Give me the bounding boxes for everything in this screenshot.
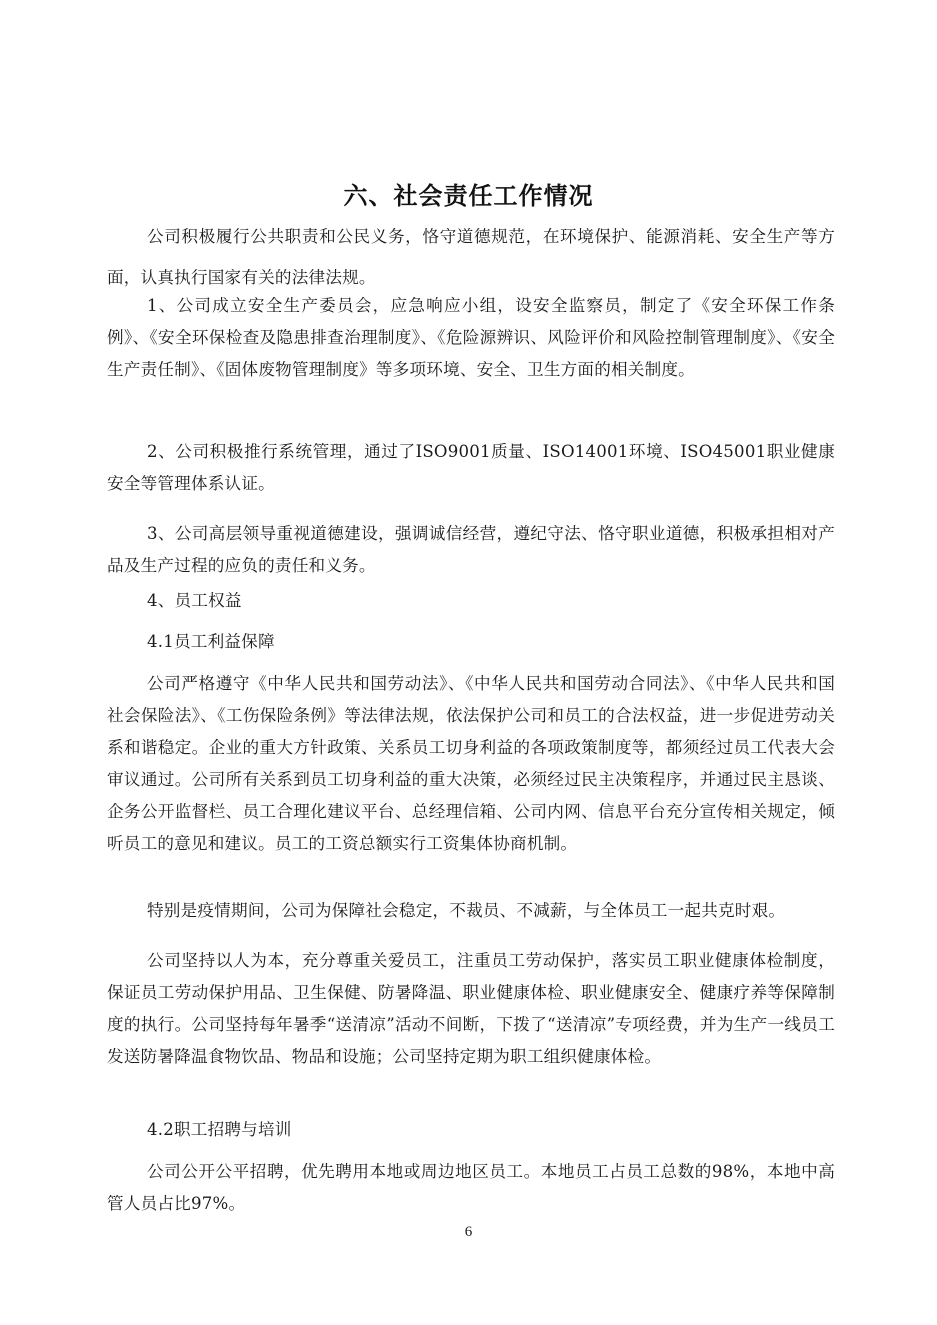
- employee-rights-heading: 4、员工权益: [107, 585, 835, 617]
- pandemic-paragraph: 特别是疫情期间，公司为保障社会稳定，不裁员、不减薪，与全体员工一起共克时艰。: [107, 895, 835, 927]
- recruitment-paragraph: 公司公开公平招聘，优先聘用本地或周边地区员工。本地员工占员工总数的98%，本地中…: [107, 1156, 835, 1220]
- employee-care-paragraph: 公司坚持以人为本，充分尊重关爱员工，注重员工劳动保护，落实员工职业健康体检制度，…: [107, 945, 835, 1073]
- section-title: 六、社会责任工作情况: [0, 179, 937, 213]
- iso-certification-paragraph: 2、公司积极推行系统管理，通过了ISO9001质量、ISO14001环境、ISO…: [107, 436, 835, 500]
- labor-law-paragraph: 公司严格遵守《中华人民共和国劳动法》、《中华人民共和国劳动合同法》、《中华人民共…: [107, 668, 835, 860]
- page-number: 6: [0, 1222, 937, 1242]
- employee-benefits-subheading: 4.1员工利益保障: [107, 626, 835, 658]
- document-page: 六、社会责任工作情况 公司积极履行公共职责和公民义务，恪守道德规范，在环境保护、…: [0, 0, 937, 1325]
- safety-committee-paragraph: 1、公司成立安全生产委员会，应急响应小组，设安全监察员，制定了《安全环保工作条例…: [107, 290, 835, 386]
- intro-paragraph: 公司积极履行公共职责和公民义务，恪守道德规范，在环境保护、能源消耗、安全生产等方…: [107, 216, 835, 298]
- recruitment-training-subheading: 4.2职工招聘与培训: [107, 1114, 835, 1146]
- ethics-paragraph: 3、公司高层领导重视道德建设，强调诚信经营，遵纪守法、恪守职业道德，积极承担相对…: [107, 518, 835, 582]
